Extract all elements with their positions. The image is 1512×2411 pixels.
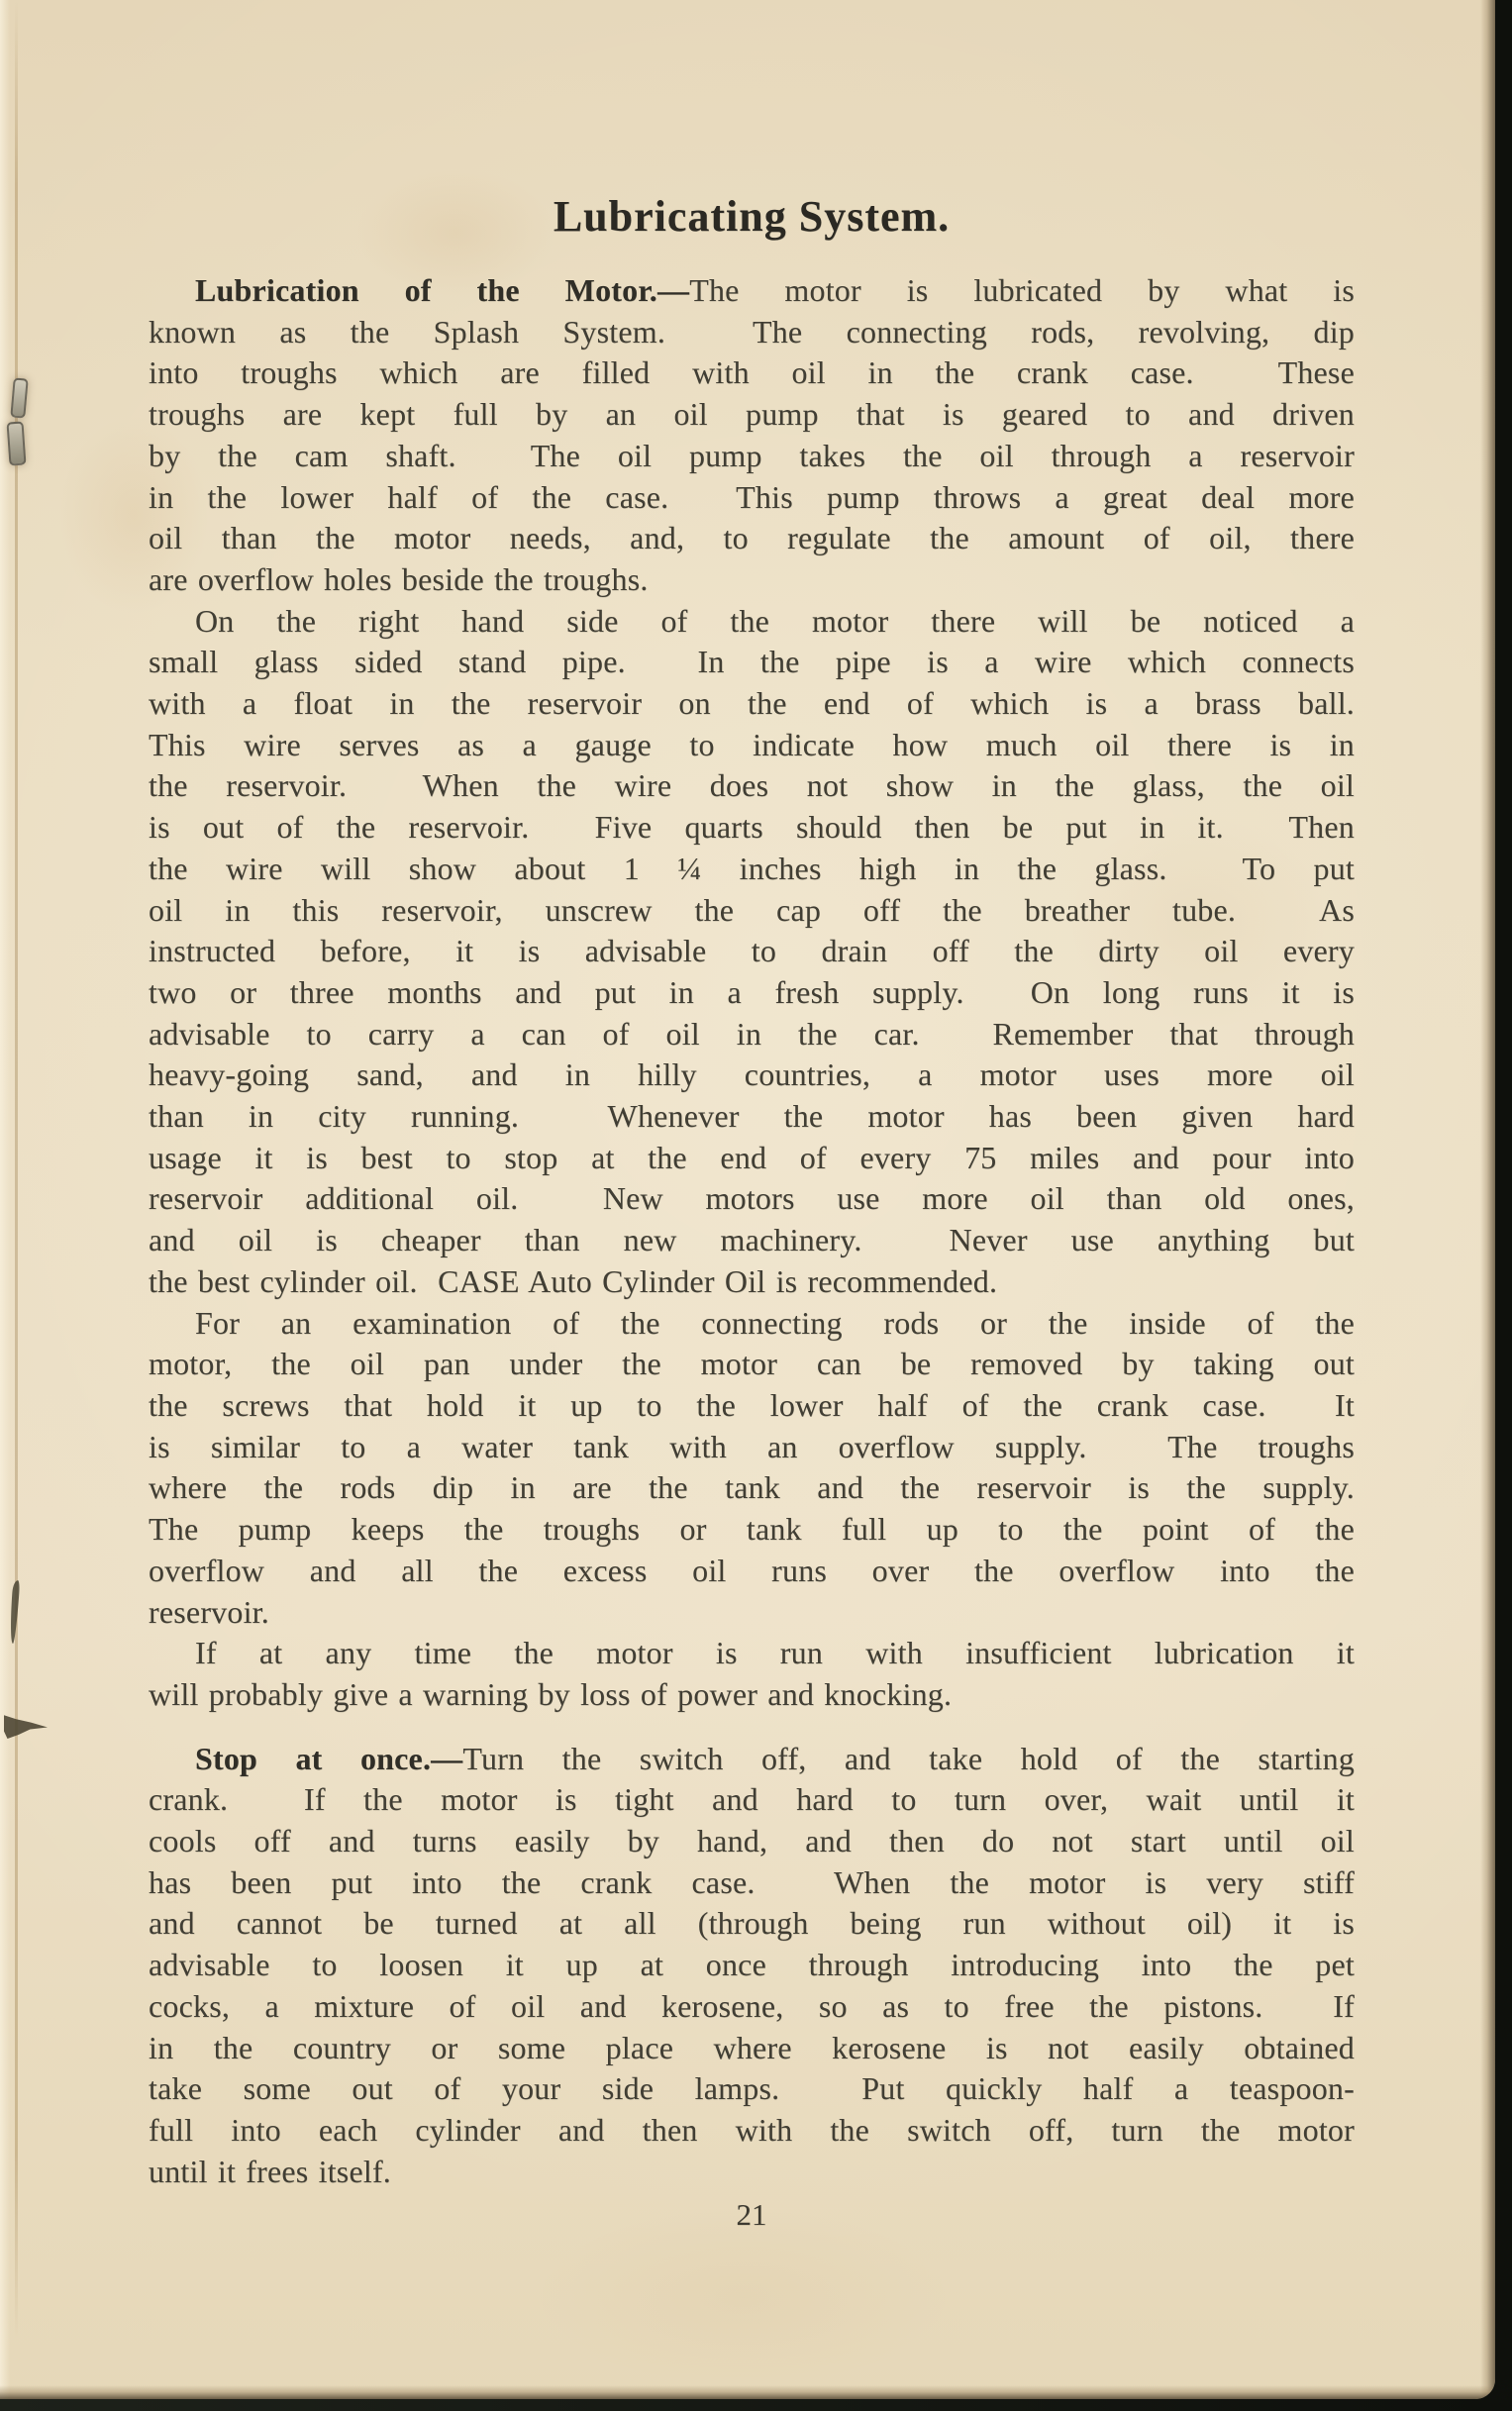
text-line: The pump keeps the troughs or tank full … [149,1509,1355,1551]
binding-staple-icon [2,376,38,467]
text-line: usage it is best to stop at the end of e… [149,1138,1355,1179]
text-line: the best cylinder oil. CASE Auto Cylinde… [149,1261,1355,1303]
paragraph: For an examination of the connecting rod… [149,1303,1355,1634]
text-line: On the right hand side of the motor ther… [149,601,1355,643]
paragraph: Stop at once.—Turn the switch off, and t… [149,1739,1355,2193]
text-line: and cannot be turned at all (through bei… [149,1903,1355,1945]
text-line: is out of the reservoir. Five quarts sho… [149,807,1355,849]
text-line: is similar to a water tank with an overf… [149,1427,1355,1468]
text-line: will probably give a warning by loss of … [149,1674,1355,1716]
text-line: full into each cylinder and then with th… [149,2110,1355,2152]
text-line: the reservoir. When the wire does not sh… [149,765,1355,807]
paragraph: If at any time the motor is run with ins… [149,1633,1355,1715]
paragraphs: Lubrication of the Motor.—The motor is l… [149,270,1355,2192]
paper-sheet: Lubricating System. Lubrication of the M… [0,0,1495,2399]
text-line: heavy-going sand, and in hilly countries… [149,1055,1355,1096]
binding-crease-line [15,0,18,2340]
text-line: Lubrication of the Motor.—The motor is l… [149,270,1355,312]
text-line: crank. If the motor is tight and hard to… [149,1779,1355,1821]
text-line: If at any time the motor is run with ins… [149,1633,1355,1674]
text-line: advisable to loosen it up at once throug… [149,1945,1355,1986]
text-line: oil in this reservoir, unscrew the cap o… [149,890,1355,932]
page-number: 21 [149,2194,1355,2236]
text-line: This wire serves as a gauge to indicate … [149,725,1355,766]
text-line: reservoir. [149,1592,1355,1634]
text-line: the wire will show about 1 ¼ inches high… [149,849,1355,890]
text-line: For an examination of the connecting rod… [149,1303,1355,1345]
text-line: are overflow holes beside the troughs. [149,559,1355,601]
paragraph: Lubrication of the Motor.—The motor is l… [149,270,1355,601]
text-line: advisable to carry a can of oil in the c… [149,1014,1355,1055]
text-line: where the rods dip in are the tank and t… [149,1467,1355,1509]
paragraph-lead: Stop at once.— [195,1741,462,1776]
text-line: overflow and all the excess oil runs ove… [149,1551,1355,1592]
text-line: with a float in the reservoir on the end… [149,683,1355,725]
text-line: cocks, a mixture of oil and kerosene, so… [149,1986,1355,2028]
text-line: oil than the motor needs, and, to regula… [149,518,1355,559]
text-line: motor, the oil pan under the motor can b… [149,1344,1355,1385]
text-line: the screws that hold it up to the lower … [149,1385,1355,1427]
paragraph: On the right hand side of the motor ther… [149,601,1355,1303]
page-content: Lubricating System. Lubrication of the M… [149,0,1355,2236]
text-line: has been put into the crank case. When t… [149,1862,1355,1904]
page-right-edge [1480,0,1495,2399]
text-line: instructed before, it is advisable to dr… [149,931,1355,972]
text-line: troughs are kept full by an oil pump tha… [149,394,1355,436]
ink-smudge [4,1705,48,1739]
page-left-edge-highlight [0,0,10,2399]
text-line: by the cam shaft. The oil pump takes the… [149,436,1355,477]
paragraph-lead: Lubrication of the Motor.— [195,272,689,308]
text-line: until it frees itself. [149,2152,1355,2193]
text-line: reservoir additional oil. New motors use… [149,1178,1355,1220]
text-line: in the country or some place where keros… [149,2028,1355,2069]
text-line: small glass sided stand pipe. In the pip… [149,642,1355,683]
page-bottom-edge [0,2385,1495,2399]
text-line: in the lower half of the case. This pump… [149,477,1355,519]
text-line: cools off and turns easily by hand, and … [149,1821,1355,1862]
page-title: Lubricating System. [149,0,1355,239]
book-page: Lubricating System. Lubrication of the M… [0,0,1512,2411]
text-line: Stop at once.—Turn the switch off, and t… [149,1739,1355,1780]
text-line: take some out of your side lamps. Put qu… [149,2068,1355,2110]
text-line: into troughs which are filled with oil i… [149,352,1355,394]
text-line: two or three months and put in a fresh s… [149,972,1355,1014]
text-line: and oil is cheaper than new machinery. N… [149,1220,1355,1261]
text-line: than in city running. Whenever the motor… [149,1096,1355,1138]
text-line: known as the Splash System. The connecti… [149,312,1355,353]
